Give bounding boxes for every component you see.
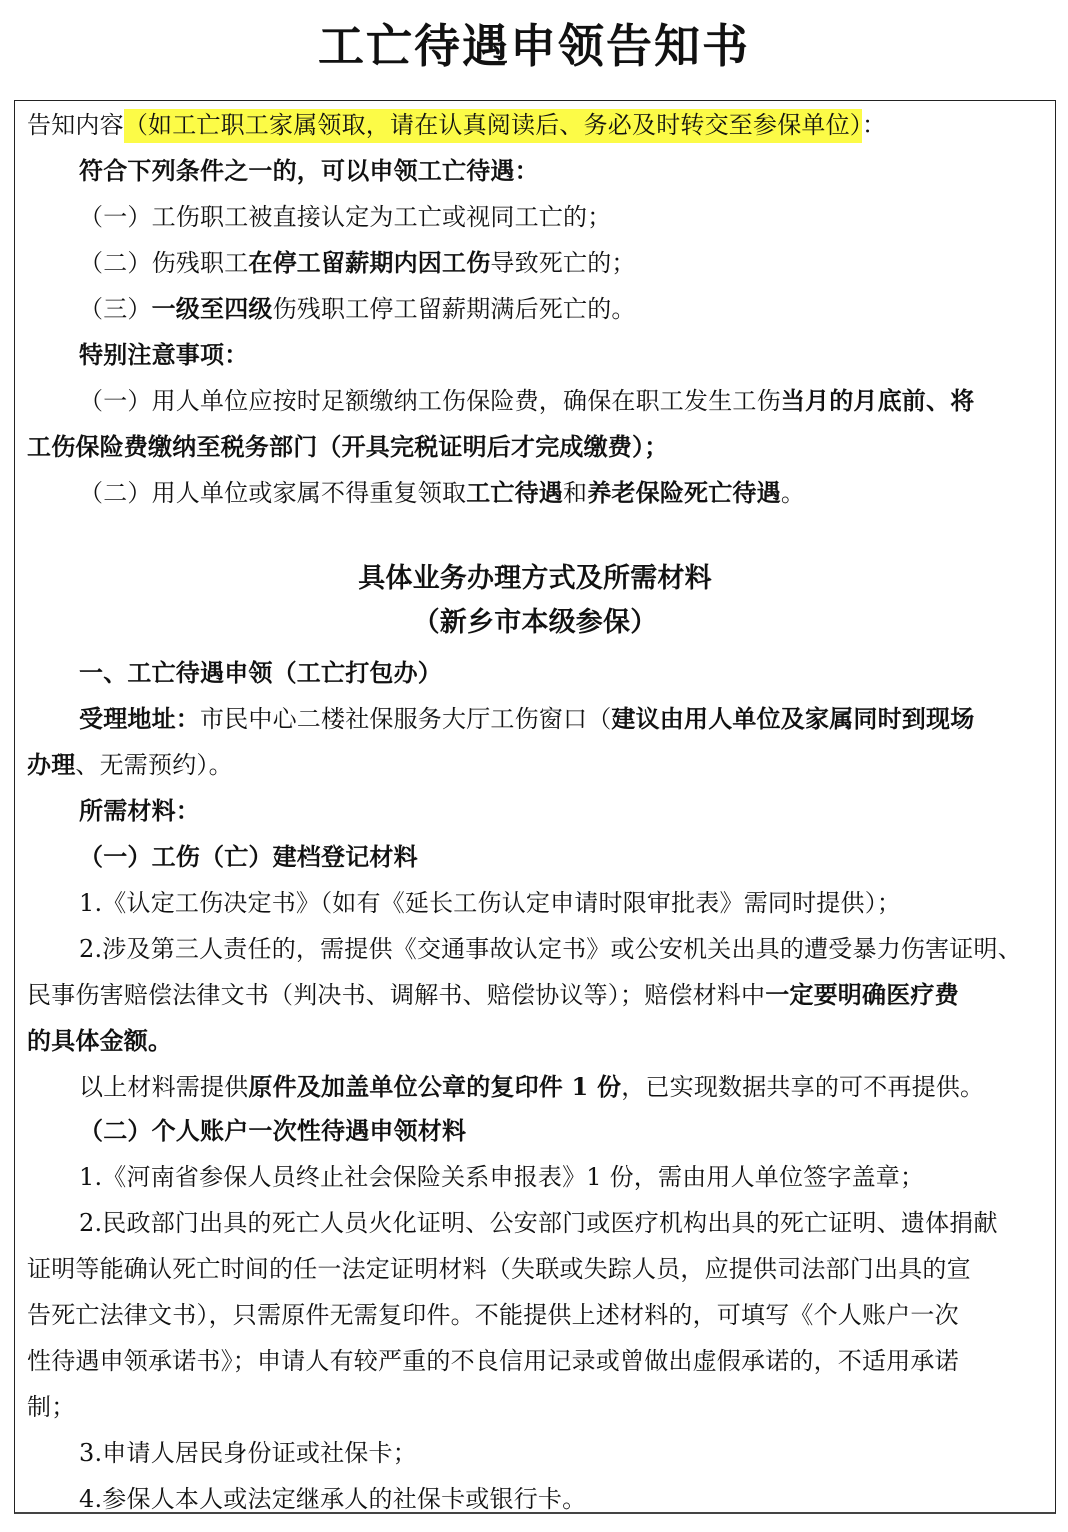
address-text: 、无需预约）。 <box>75 751 232 779</box>
note-text: ，已实现数据共享的可不再提供。 <box>621 1073 984 1101</box>
notes-heading: 特别注意事项： <box>27 337 1045 373</box>
group2-item-1: 1.《河南省参保人员终止社会保险关系申报表》1 份，需由用人单位签字盖章； <box>27 1159 1045 1195</box>
group2-item-2-line-3: 告死亡法律文书），只需原件无需复印件。不能提供上述材料的，可填写《个人账户一次 <box>27 1297 1045 1333</box>
materials-heading: 所需材料： <box>27 793 1045 829</box>
condition-bold: 一级至四级 <box>152 294 273 323</box>
note-text: （二）用人单位或家属不得重复领取 <box>79 479 466 507</box>
address-text: 市民中心二楼社保服务大厅工伤窗口（ <box>200 705 611 733</box>
condition-text: （二）伤残职工 <box>79 249 248 277</box>
note-bold: 原件及加盖单位公章的复印件 1 份 <box>248 1072 621 1101</box>
address-line-1: 受理地址：市民中心二楼社保服务大厅工伤窗口（建议由用人单位及家属同时到现场 <box>27 701 1045 737</box>
condition-text: 伤残职工停工留薪期满后死亡的。 <box>273 295 636 323</box>
condition-bold: 在停工留薪期内因工伤 <box>248 248 490 277</box>
address-line-2: 办理、无需预约）。 <box>27 747 1045 783</box>
notice-colon: ： <box>862 111 886 139</box>
group2-heading: （二）个人账户一次性待遇申领材料 <box>27 1113 1045 1149</box>
notice-line: 告知内容（如工亡职工家属领取，请在认真阅读后、务必及时转交至参保单位）： <box>27 107 1045 143</box>
note-item-1-line-1: （一）用人单位应按时足额缴纳工伤保险费，确保在职工发生工伤当月的月底前、将 <box>27 383 1045 419</box>
condition-text: （一）工伤职工被直接认定为工亡或视同工亡的； <box>79 203 611 231</box>
note-text: 和 <box>563 479 587 507</box>
note-text: 。 <box>781 479 805 507</box>
group1-item-2-line-3: 的具体金额。 <box>27 1023 1045 1059</box>
section-title: 具体业务办理方式及所需材料 <box>15 561 1055 597</box>
note-item-2: （二）用人单位或家属不得重复领取工亡待遇和养老保险死亡待遇。 <box>27 475 1045 511</box>
group2-item-2-line-4: 性待遇申领承诺书》；申请人有较严重的不良信用记录或曾做出虚假承诺的，不适用承诺 <box>27 1343 1045 1379</box>
note-item-1-line-2: 工伤保险费缴纳至税务部门（开具完税证明后才完成缴费）； <box>27 429 1045 465</box>
address-label: 受理地址： <box>79 704 200 733</box>
group1-item-1: 1.《认定工伤决定书》（如有《延长工伤认定申请时限审批表》需同时提供）； <box>27 885 1045 921</box>
notice-box: 告知内容（如工亡职工家属领取，请在认真阅读后、务必及时转交至参保单位）： 符合下… <box>14 100 1056 1514</box>
note-text: 以上材料需提供 <box>79 1073 248 1101</box>
group2-item-2-line-1: 2.民政部门出具的死亡人员火化证明、公安部门或医疗机构出具的死亡证明、遗体捐献 <box>27 1205 1045 1241</box>
group1-heading: （一）工伤（亡）建档登记材料 <box>27 839 1045 875</box>
condition-text: 导致死亡的； <box>490 249 635 277</box>
notice-highlight: （如工亡职工家属领取，请在认真阅读后、务必及时转交至参保单位） <box>124 109 862 143</box>
part1-heading: 一、工亡待遇申领（工亡打包办） <box>27 655 1045 691</box>
condition-item-1: （一）工伤职工被直接认定为工亡或视同工亡的； <box>27 199 1045 235</box>
condition-text: （三） <box>79 295 152 323</box>
note-bold: 当月的月底前、将 <box>781 386 975 415</box>
group1-item-2-line-2: 民事伤害赔偿法律文书（判决书、调解书、赔偿协议等）；赔偿材料中一定要明确医疗费 <box>27 977 1045 1013</box>
section-subtitle: （新乡市本级参保） <box>15 605 1055 641</box>
condition-item-3: （三）一级至四级伤残职工停工留薪期满后死亡的。 <box>27 291 1045 327</box>
document-title: 工亡待遇申领告知书 <box>0 14 1068 78</box>
note-bold: 养老保险死亡待遇 <box>587 478 781 507</box>
address-bold: 办理 <box>27 750 75 779</box>
group2-item-2-line-2: 证明等能确认死亡时间的任一法定证明材料（失联或失踪人员，应提供司法部门出具的宣 <box>27 1251 1045 1287</box>
item-bold: 一定要明确医疗费 <box>765 980 959 1009</box>
group2-item-2-line-5: 制； <box>27 1389 1045 1425</box>
address-bold: 建议由用人单位及家属同时到现场 <box>611 704 974 733</box>
item-text: 民事伤害赔偿法律文书（判决书、调解书、赔偿协议等）；赔偿材料中 <box>27 981 765 1009</box>
group1-item-2-line-1: 2.涉及第三人责任的，需提供《交通事故认定书》或公安机关出具的遭受暴力伤害证明、 <box>27 931 1045 967</box>
group2-item-4: 4.参保人本人或法定继承人的社保卡或银行卡。 <box>27 1481 1045 1517</box>
notice-label: 告知内容 <box>27 111 124 139</box>
note-text: （一）用人单位应按时足额缴纳工伤保险费，确保在职工发生工伤 <box>79 387 781 415</box>
group1-note: 以上材料需提供原件及加盖单位公章的复印件 1 份，已实现数据共享的可不再提供。 <box>27 1069 1045 1105</box>
condition-item-2: （二）伤残职工在停工留薪期内因工伤导致死亡的； <box>27 245 1045 281</box>
note-bold: 工亡待遇 <box>466 478 563 507</box>
conditions-heading: 符合下列条件之一的，可以申领工亡待遇： <box>27 153 1045 189</box>
group2-item-3: 3.申请人居民身份证或社保卡； <box>27 1435 1045 1471</box>
